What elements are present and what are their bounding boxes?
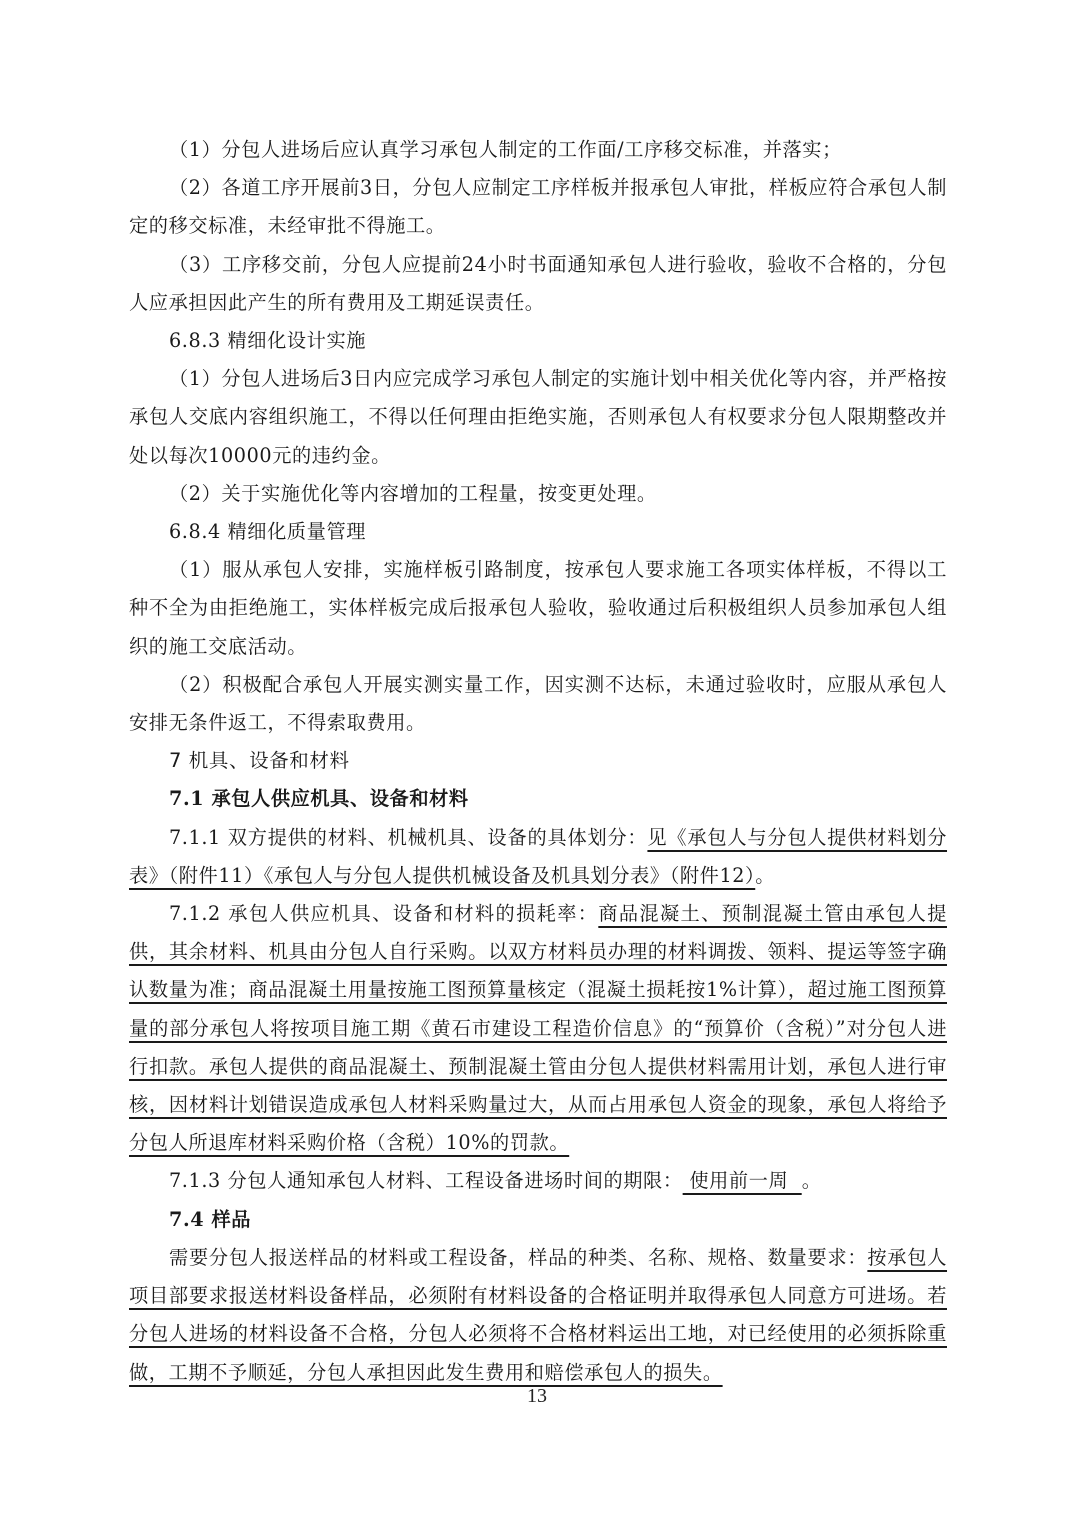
paragraph-7-1-3: 7.1.3 分包人通知承包人材料、工程设备进场时间的期限： 使用前一周 。 (129, 1162, 947, 1200)
heading-7-1: 7.1 承包人供应机具、设备和材料 (129, 780, 947, 818)
paragraph-7-1-2: 7.1.2 承包人供应机具、设备和材料的损耗率：商品混凝土、预制混凝土管由承包人… (129, 895, 947, 1162)
paragraph-7-1-1: 7.1.1 双方提供的材料、机械机具、设备的具体划分：见《承包人与分包人提供材料… (129, 819, 947, 895)
clause-label: 需要分包人报送样品的材料或工程设备，样品的种类、名称、规格、数量要求： (169, 1246, 867, 1269)
document-page: （1）分包人进场后应认真学习承包人制定的工作面/工序移交标准，并落实； （2）各… (129, 131, 947, 1392)
underlined-clause-value: 使用前一周 (683, 1169, 802, 1192)
heading-7-4: 7.4 样品 (129, 1201, 947, 1239)
clause-tail: 。 (755, 864, 775, 887)
paragraph-6-8-4-item-2: （2）积极配合承包人开展实测实量工作，因实测不达标，未通过验收时，应服从承包人安… (129, 666, 947, 742)
clause-label: 7.1.3 分包人通知承包人材料、工程设备进场时间的期限： (169, 1169, 683, 1192)
heading-section-7: 7 机具、设备和材料 (129, 742, 947, 780)
paragraph-7-4: 需要分包人报送样品的材料或工程设备，样品的种类、名称、规格、数量要求：按承包人项… (129, 1239, 947, 1392)
paragraph-6-8-3-item-2: （2）关于实施优化等内容增加的工程量，按变更处理。 (129, 475, 947, 513)
page-number: 13 (0, 1385, 1074, 1408)
clause-tail: 。 (802, 1169, 822, 1192)
paragraph-6-8-4-item-1: （1）服从承包人安排，实施样板引路制度，按承包人要求施工各项实体样板，不得以工种… (129, 551, 947, 666)
paragraph-6-8-2-item-2: （2）各道工序开展前3日，分包人应制定工序样板并报承包人审批，样板应符合承包人制… (129, 169, 947, 245)
paragraph-6-8-2-item-1: （1）分包人进场后应认真学习承包人制定的工作面/工序移交标准，并落实； (129, 131, 947, 169)
paragraph-6-8-3-item-1: （1）分包人进场后3日内应完成学习承包人制定的实施计划中相关优化等内容，并严格按… (129, 360, 947, 475)
underlined-clause-value: 商品混凝土、预制混凝土管由承包人提供，其余材料、机具由分包人自行采购。以双方材料… (129, 902, 947, 1154)
paragraph-6-8-2-item-3: （3）工序移交前，分包人应提前24小时书面通知承包人进行验收，验收不合格的，分包… (129, 246, 947, 322)
heading-6-8-4: 6.8.4 精细化质量管理 (129, 513, 947, 551)
clause-label: 7.1.1 双方提供的材料、机械机具、设备的具体划分： (169, 826, 647, 849)
heading-6-8-3: 6.8.3 精细化设计实施 (129, 322, 947, 360)
clause-label: 7.1.2 承包人供应机具、设备和材料的损耗率： (169, 902, 598, 925)
